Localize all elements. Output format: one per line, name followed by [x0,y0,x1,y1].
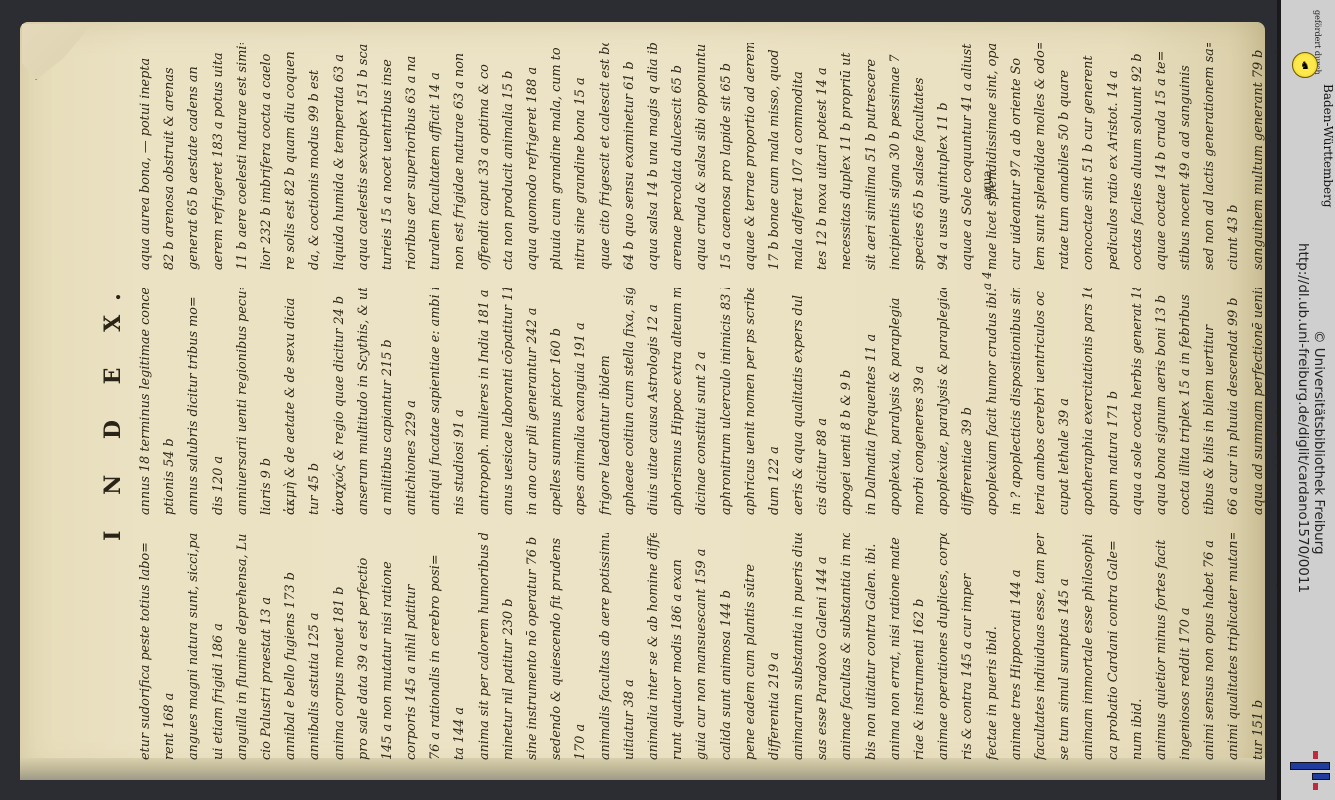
index-entry-line: aphronitrum ulcerculo inimicis 83 b [715,288,739,515]
index-entry-line: 11 b aere coelesti naturae est simi= [231,43,255,270]
index-entry-line: aqua caelestis sexcuplex 151 b sca= [352,43,376,270]
index-entry-line: apoplexia, paralysis & paraplegia [884,288,908,515]
index-entry-line: stibus nocent 49 a ad sanguinis [1174,43,1198,270]
index-entry-line: aquae a Sole coquuntur 41 a aliusti [956,43,980,270]
index-entry-line: turalem facultatem afficit 14 a [424,43,448,270]
index-column-1: etur sudorifica peste totius labo=rent 1… [134,533,1335,760]
index-entry-line: morbi congeneres 39 a [908,288,932,515]
catchword: aqua [980,170,994,200]
index-entry-line: aqua cruda & salsa sibi opponuntur [690,43,714,270]
index-entry-line: da, & coctionis modus 99 b est [303,43,327,270]
index-entry-line: necessitas duplex 11 b propriū ut [835,43,859,270]
index-entry-line: animi sensus non opus habet 76 a [1198,533,1222,760]
index-entry-line: sanguinem multum generant 79 b [1247,43,1271,270]
index-entry-line: sed non ad lactis generationem sa= [1198,43,1222,270]
index-entry-line: animae facultas & substantia in mor [835,533,859,760]
index-entry-line: ἀναχώς & regio quae dicitur 24 b [328,288,352,515]
index-entry-line: ris & contra 145 a cur imper [956,533,980,760]
index-entry-line: concoctae sint 51 b cur generent [1077,43,1101,270]
index-entry-line: turieis 15 a nocet uentribus inse [376,43,400,270]
index-entry-line: apogei uenti 8 b & 9 b [835,288,859,515]
index-entry-line: calida sunt animosa 144 b [715,533,739,760]
index-entry-line: uitiatur 38 a [618,533,642,760]
index-entry-line: generat 65 b aestate cadens an [182,43,206,270]
index-entry-line: non est frigidae naturae 63 a non [448,43,472,270]
index-entry-line: aquae coctae 14 b cruda 15 a te= [1150,43,1174,270]
index-entry-line: num ibid. [1126,533,1150,760]
index-entry-line: riae & instrumenti 162 b [908,533,932,760]
index-entry-line: bis non uitiatur contra Galen. ibi. [860,533,884,760]
index-entry-line: guia cur non mansuescant 159 a [690,533,714,760]
index-entry-line: runt quatuor modis 186 a exan [666,533,690,760]
index-entry-line: a militibus capiantur 215 b [376,288,400,515]
index-entry-line: 66 a cur in pluuia descendat 99 b [1222,288,1246,515]
copyright-notice: © Universitätsbibliothek Freiburg [1311,330,1327,555]
index-entry-line: sas esse Paradoxo Galeni 144 a [811,533,835,760]
index-entry-line: pediculos ratio ex Aristot. 14 a [1102,43,1126,270]
index-entry-line: offendit caput 33 a optima & co [473,43,497,270]
index-entry-line: annibalis astutia 125 a [303,533,327,760]
index-entry-line: pluuia cum grandine mala, cum to [545,43,569,270]
index-entry-line: anima sit per calorem humoribus do= [473,533,497,760]
index-entry-line: 15 a caenosa pro lapide sit 65 b [715,43,739,270]
index-columns: etur sudorifica peste totius labo=rent 1… [134,60,1335,760]
index-entry-line: minetur nil patitur 230 b [497,533,521,760]
index-entry-line: lem sunt splendidae molles & odo= [1029,43,1053,270]
index-entry-line: annibal e bello fugiens 173 b [279,533,303,760]
index-entry-line: ingeniosos reddit 170 a [1174,533,1198,760]
index-entry-line: etur sudorifica peste totius labo= [134,533,158,760]
index-entry-line: re solis est 82 b quam diu coquen [279,43,303,270]
baden-wuerttemberg-seal-icon: ♞ [1292,52,1318,78]
index-entry-line: differentia 219 a [763,533,787,760]
index-entry-line: 145 a non mutatur nisi ratione [376,533,400,760]
index-entry-line: cur uideantur 97 a ab oriente So [1005,43,1029,270]
index-entry-line: animae tres Hippocrati 144 a [1005,533,1029,760]
index-entry-line: cupat lethale 39 a [1053,288,1077,515]
index-entry-line: aerem refrigeret 183 a potus uita [207,43,231,270]
index-entry-line: anserum multitudo in Scythis, & ut [352,288,376,515]
index-entry-line: lior 232 b imbrifera cocta a caelo [255,43,279,270]
index-entry-line: ratae tum amabiles 50 b quare [1053,43,1077,270]
index-entry-line: rent 168 a [158,533,182,760]
index-entry-line: sine instrumento nō operatur 76 b [521,533,545,760]
index-entry-line: anniuersarii uenti regionibus pecu= [231,288,255,515]
index-entry-line: apoplexiae, paralysis & paraplegiae [932,288,956,515]
index-heading: I N D E X. [100,60,126,760]
index-entry-line: antiqui fucatae sapientiae e: ambi io= [424,288,448,515]
index-entry-line: apotheraphia exercitationis pars 166 a [1077,288,1101,515]
index-entry-line: antropoph. mulieres in India 181 a [473,288,497,515]
index-entry-line: aqua a sole cocta herbis generat 183 a [1126,288,1150,515]
index-entry-line: apelles summus pictor 160 b [545,288,569,515]
index-entry-line: aqua bona signum aeris boni 13 b [1150,288,1174,515]
index-entry-line: aqua ad summam perfectionē uenire [1247,288,1271,515]
index-entry-line: anguilla in flumine deprehensa, Lu= [231,533,255,760]
index-entry-line: diuis uitae causa Astrologis 12 a [642,288,666,515]
index-entry-line: annus 18 terminus legitimae conce= [134,288,158,515]
index-entry-line: liquida humida & temperata 63 a [328,43,352,270]
page-viewer: I N D E X. etur sudorifica peste totius … [0,0,1277,800]
index-entry-line: aphricus uenit nomen per ps scriben [739,288,763,515]
index-entry-line: annus salubris dicitur tribus mo= [182,288,206,515]
index-entry-line: animalia inter se & ab homine diffe [642,533,666,760]
index-entry-line: incipientis signa 30 b pessimae 7 [884,43,908,270]
index-entry-line: ca probatio Cardani contra Gale= [1102,533,1126,760]
index-entry-line: ἀκμὴ & de aetate & de sexu dicia [279,288,303,515]
index-entry-line: teria ambos cerebri uentriculos oc [1029,288,1053,515]
index-entry-line: apum natura 171 b [1102,288,1126,515]
index-entry-line: 94 a usus quintuplex 11 b [932,43,956,270]
index-column-2: annus 18 terminus legitimae conce=ptioni… [134,288,1335,515]
index-entry-line: pro sale data 39 a est perfectio [352,533,376,760]
index-entry-line: apes animalia exanguia 191 a [569,288,593,515]
index-entry-line: facultates indiuiduas esse, tam per [1029,533,1053,760]
index-entry-line: aeris & aqua qualitatis expers dul [787,288,811,515]
index-entry-line: animarum substantia in pueris diuer= [787,533,811,760]
index-entry-line: 82 b arenosa obstruit & arenas [158,43,182,270]
index-entry-line: corporis 145 a nihil patitur [400,533,424,760]
index-entry-line: anima corpus mouet 181 b [328,533,352,760]
index-entry-line: rioribus aer superioribus 63 a na [400,43,424,270]
index-column-3: aqua aurea bona, — potui inepta82 b aren… [134,43,1335,270]
index-entry-line: nitru sine grandine bona 15 a [569,43,593,270]
index-entry-line: in ano cur pili generantur 242 a [521,288,545,515]
index-entry-line: dicinae constitui sunt 2 a [690,288,714,515]
index-entry-line: aqua aurea bona, — potui inepta [134,43,158,270]
index-entry-line: ui etiam frigidi 186 a [207,533,231,760]
index-entry-line: arenae percolata dulcescit 65 b [666,43,690,270]
index-entry-line: sedendo & quiescendo fit prudens [545,533,569,760]
index-entry-line: ta 144 a [448,533,472,760]
index-entry-line: cocta illita triplex 15 a in febribus [1174,288,1198,515]
index-entry-line: animalis facultas ab aere potissimum [594,533,618,760]
index-entry-line: cis dicitur 88 a [811,288,835,515]
index-entry-line: 76 a rationalis in cerebro posi= [424,533,448,760]
index-entry-line: in Dalmatia frequentes 11 a [860,288,884,515]
index-entry-line: 17 b bonae cum mala misso, quod [763,43,787,270]
digit-logo-icon[interactable] [1288,748,1328,792]
index-entry-line: aphorismus Hippoc extra alteum me= [666,288,690,515]
index-entry-line: animus quietior minus fortes facit [1150,533,1174,760]
index-entry-line: 170 a [569,533,593,760]
index-entry-line: cta non producit animalia 15 b [497,43,521,270]
index-entry-line: animam immortale esse philosophi= [1077,533,1101,760]
index-entry-line: tur 151 b [1247,533,1271,760]
index-entry-line: in ? apoplecticis dispositionibus sin a [1005,288,1029,515]
index-entry-line: coctas faciles aluum soluunt 92 b [1126,43,1150,270]
index-entry-line: animae operationes duplices, corpo= [932,533,956,760]
index-entry-line: anus uesicae laboranti cōpatitur 113 b [497,288,521,515]
index-entry-line: se tum simul sumptas 145 a [1053,533,1077,760]
index-entry-line: angues magni natura sunt, sicci,par= [182,533,206,760]
page-edge [20,758,1265,780]
index-entry-line: antichiones 229 a [400,288,424,515]
permalink-url[interactable]: http://dl.ub.uni-freiburg.de/diglit/card… [1295,243,1311,593]
index-entry-line: tibus & bilis in bilem uertitur [1198,288,1222,515]
index-entry-line: species 65 b salsae facultates [908,43,932,270]
index-entry-line: anima non errat, nisi ratione mate [884,533,908,760]
index-entry-line: sit aeri similima 51 b putrescere [860,43,884,270]
index-entry-line: 64 b quo sensu examinetur 61 b [618,43,642,270]
index-entry-line: dis 120 a [207,288,231,515]
index-entry-line: aquae & terrae proportio ad aerem [739,43,763,270]
state-label: Baden-Württemberg [1321,84,1335,208]
rotated-text-block: I N D E X. etur sudorifica peste totius … [100,60,1040,760]
index-entry-line: differentiae 39 b [956,288,980,515]
index-entry-line: liaris 9 b [255,288,279,515]
index-entry-line: tes 12 b noxa uitari potest 14 a [811,43,835,270]
index-entry-line: aqua salsa 14 b una magis q alia ib. [642,43,666,270]
signature-mark: a 4 [980,271,994,290]
index-entry-line: aqua quomodo refrigeret 188 a [521,43,545,270]
index-entry-line: frigore laedantur ibidem [594,288,618,515]
index-entry-line: quae cito frigescit et calescit est bona [594,43,618,270]
index-entry-line: mala adferat 107 a commodita [787,43,811,270]
index-entry-line: tur 45 b [303,288,327,515]
index-entry-line: ptionis 54 b [158,288,182,515]
index-entry-line: nis studiosi 91 a [448,288,472,515]
index-entry-line: ciunt 43 b [1222,43,1246,270]
index-entry-line: animi qualitates triplicater mutan= [1222,533,1246,760]
index-entry-line: aphaeae coitiun cum stella fixa, sign [618,288,642,515]
index-entry-line: cio Palustri praestat 13 a [255,533,279,760]
index-entry-line: fectae in pueris ibid. [981,533,1005,760]
index-entry-line: dum 122 a [763,288,787,515]
index-entry-line: apoplexiam facit humor crudus ibi. [981,288,1005,515]
index-entry-line: pene eadem cum plantis sūtre [739,533,763,760]
index-entry-line: mae licet splendidissimae sint, opacae [981,43,1005,270]
